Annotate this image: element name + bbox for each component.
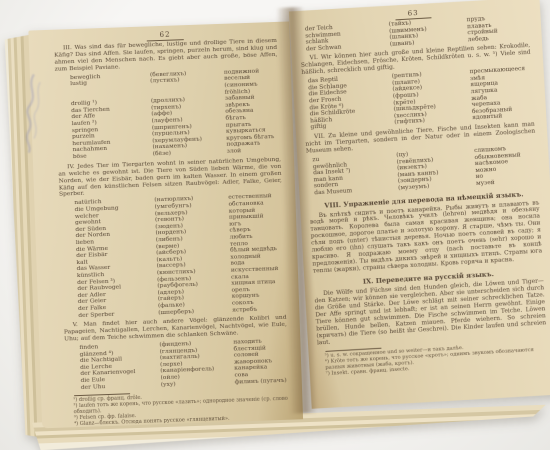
transcription: (шперберъ) — [158, 307, 232, 316]
german-word: der Sperber — [78, 310, 158, 319]
open-book: 62 III. Was sind das für bewegliche, lus… — [0, 0, 550, 450]
ink-mark — [12, 68, 51, 159]
russian-word: филинъ (пугачъ) — [235, 377, 289, 385]
transcription: (лустихъ) — [150, 76, 225, 98]
right-page-content: 63 der Teich (тайхъ) прудъ schwimmen (шв… — [289, 0, 550, 378]
vocab-list-6: das Reptil (рептиль) пресмыкающееся die … — [308, 66, 535, 132]
vocab-list-5: finden (финденъ) находить glänzend ⁴) (г… — [79, 338, 288, 391]
right-page: 63 der Teich (тайхъ) прудъ schwimmen (шв… — [289, 0, 550, 409]
vocab-list-3: beweglich (бевеглихъ) подвижной lustig (… — [70, 68, 281, 161]
transcription: (уху) — [161, 379, 235, 388]
russian-word: злой — [227, 147, 281, 155]
paragraph-section-4: IV. Jedes Tier im Tiergarten wohnt in se… — [58, 156, 282, 199]
left-page: 62 III. Was sind das für bewegliche, lus… — [28, 21, 303, 428]
german-word: der Uhu — [81, 382, 161, 391]
vocab-list-4: natürlich (натюрлихъ) естественный die U… — [74, 193, 286, 319]
exercise-9-text: Die Wölfe und Füchse sind den Hunden gle… — [314, 278, 547, 347]
book-photo: 62 III. Was sind das für bewegliche, lus… — [0, 0, 550, 450]
russian-word: ястребъ — [232, 305, 286, 313]
transcription: (бёзе) — [153, 149, 227, 158]
left-page-content: 62 III. Was sind das für bewegliche, lus… — [28, 21, 303, 428]
exercise-8-text: Въ клѣткѣ сидитъ и поетъ канарейка. Рыбы… — [309, 200, 542, 276]
german-word: böse — [73, 151, 153, 160]
russian-word: веселый (синонимъ fröhlich) — [224, 74, 279, 96]
